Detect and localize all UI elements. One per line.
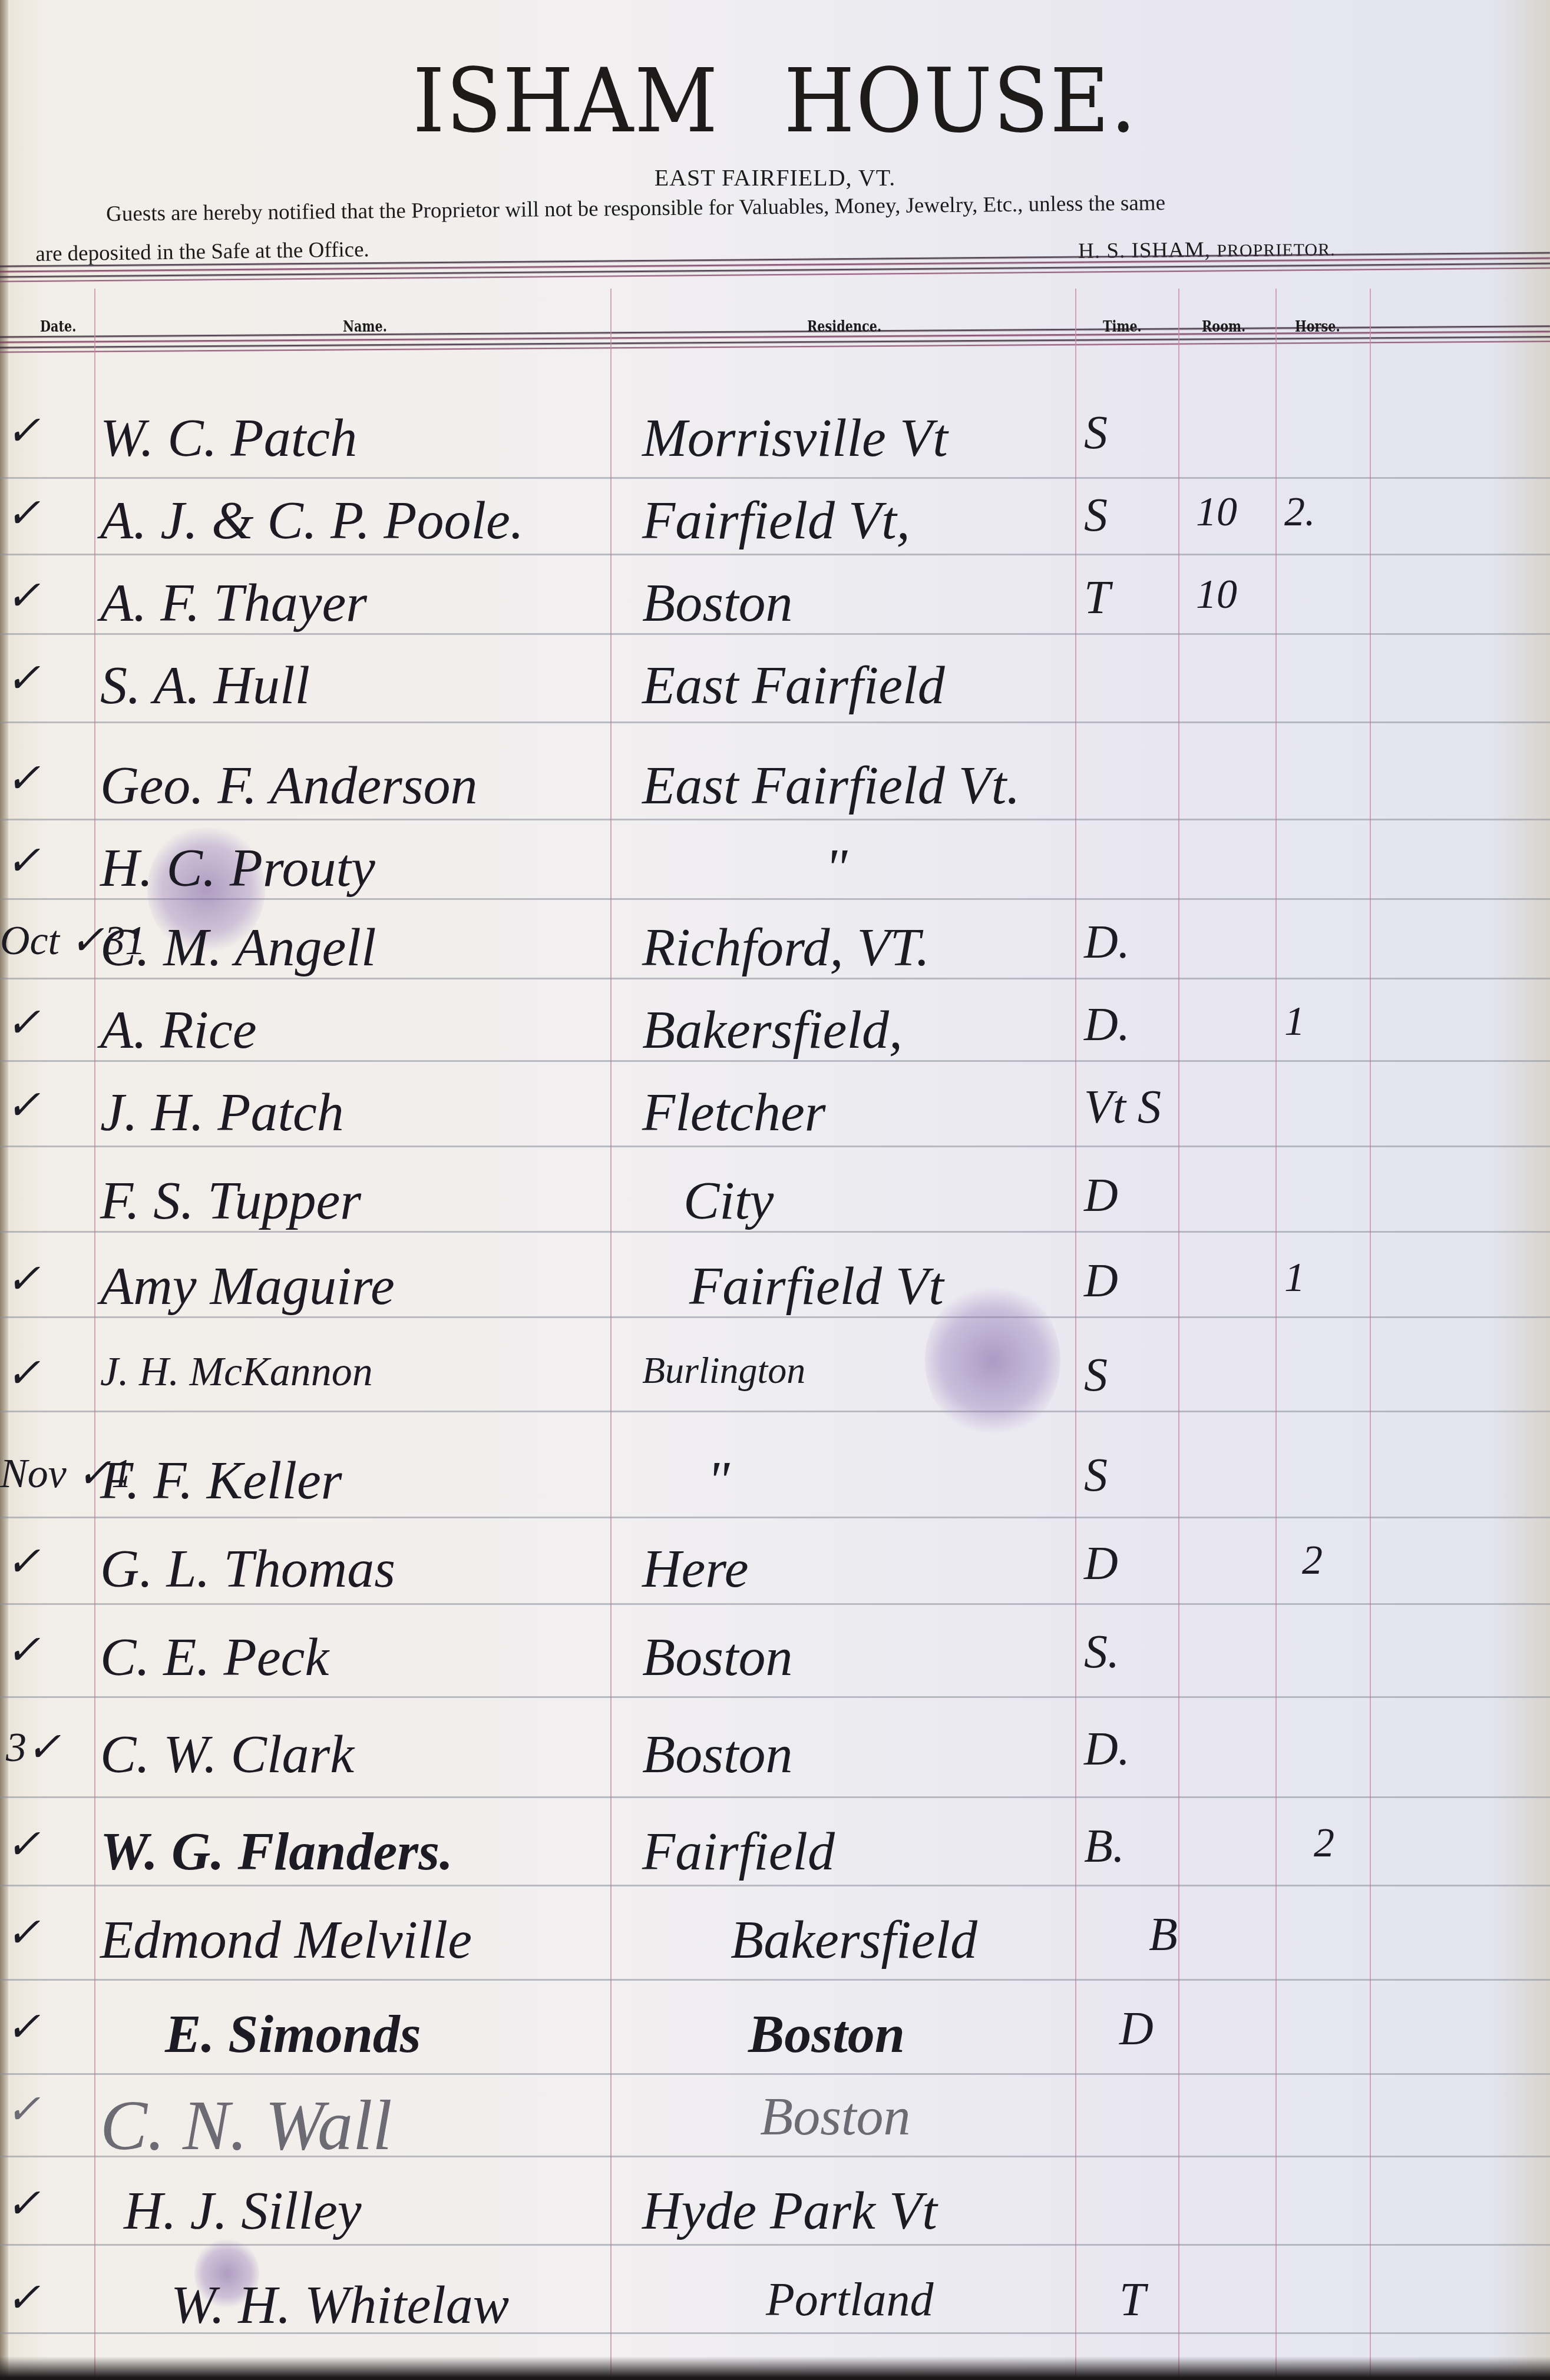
entry-date: ✓ [6,754,41,803]
entry-date: ✓ [6,1908,41,1957]
entry-residence: Burlington [642,1349,805,1392]
entry-time: T [1084,571,1111,625]
ruled-line [0,1517,1550,1518]
entry-name: Edmond Melville [100,1908,472,1971]
entry-date: ✓ [6,1820,41,1869]
entry-date: ✓ [6,1349,41,1398]
entry-time: B [1149,1908,1178,1962]
entry-time: D [1084,1537,1118,1591]
title-part2: HOUSE. [784,50,1137,153]
entry-residence: East Fairfield Vt. [642,754,1020,816]
title-part1: ISHAM [413,50,719,153]
entry-residence: Fairfield [642,1820,835,1882]
entry-horse: 2 [1302,1537,1323,1584]
column-divider-horse [1370,289,1371,2380]
column-divider-time [1178,289,1179,2380]
entry-time: S [1084,489,1108,542]
entry-room: 10 [1196,571,1237,618]
entry-residence: Morrisville Vt [642,406,948,469]
entry-room: 10 [1196,489,1237,536]
entry-name: A. J. & C. P. Poole. [100,489,524,551]
entry-name: W. G. Flanders. [100,1820,453,1882]
entry-residence: Here [642,1537,749,1600]
entry-horse: 1 [1284,998,1305,1045]
entry-date: ✓ [6,836,41,885]
entry-time: D. [1084,998,1130,1052]
entry-name: H. J. Silley [124,2179,362,2242]
ruled-line [0,1696,1550,1698]
entry-name: A. F. Thayer [100,571,367,634]
ruled-line [0,2073,1550,2075]
entry-residence: Richford, VT. [642,916,930,978]
column-header-room: Room. [1202,318,1245,336]
entry-date: ✓ [6,654,41,703]
entry-name: F. S. Tupper [100,1169,361,1232]
entry-time: S [1084,1349,1108,1402]
entry-date: ✓ [6,571,41,620]
entry-name: H. C. Prouty [100,836,375,899]
entry-date: ✓ [6,2273,41,2322]
column-divider-residence [1075,289,1076,2380]
entry-date: 3✓ [6,1723,61,1772]
ruled-line [0,1885,1550,1886]
entry-date: ✓ [6,1626,41,1674]
entry-residence: Hyde Park Vt [642,2179,937,2242]
entry-date: ✓ [6,1537,41,1586]
entry-date: ✓ [6,489,41,538]
ruled-line [0,1146,1550,1147]
ruled-line [0,1979,1550,1981]
column-header-date: Date. [40,318,77,336]
entry-name: C. N. Wall [100,2085,392,2166]
page-bottom-edge [0,2356,1550,2380]
entry-residence: Fairfield Vt, [642,489,910,551]
entry-residence: Boston [642,1723,793,1785]
entry-residence: " [825,836,848,899]
entry-horse: 1 [1284,1254,1305,1302]
column-header-time: Time. [1103,318,1142,336]
entry-name: C. M. Angell [100,916,376,978]
entry-date: ✓ [6,406,41,455]
location-subtitle: EAST FAIRFIELD, VT. [0,164,1550,191]
column-divider-name [610,289,612,2380]
entry-time: S. [1084,1626,1119,1679]
entry-time: D. [1084,916,1130,969]
entry-time: D [1084,1169,1118,1223]
entry-time: Vt S [1084,1081,1161,1134]
entry-name: J. H. McKannon [100,1349,373,1396]
column-header-name: Name. [343,318,387,336]
entry-time: D [1084,1254,1118,1308]
ruled-line [0,477,1550,479]
entry-residence: Portland [766,2273,933,2327]
entry-name: W. H. Whitelaw [171,2273,509,2336]
entry-time: S [1084,406,1108,460]
column-header-residence: Residence. [807,318,881,336]
entry-time: B. [1084,1820,1125,1873]
entry-residence: Bakersfield, [642,998,903,1061]
entry-time: D [1119,2002,1154,2056]
entry-name: F. F. Keller [100,1449,342,1511]
entry-residence: Boston [642,571,793,634]
entry-date: ✓ [6,1254,41,1303]
entry-name: C. E. Peck [100,1626,329,1688]
page-title: ISHAMHOUSE. [62,50,1488,153]
entry-name: C. W. Clark [100,1723,354,1785]
column-header-row: Date. Name. Residence. Time. Room. Horse… [0,306,1550,353]
column-divider-date [94,289,95,2380]
ink-stain [925,1284,1060,1437]
entry-residence: Boston [642,1626,793,1688]
entry-residence: Bakersfield [731,1908,977,1971]
entry-residence: Boston [760,2085,911,2147]
ruled-line [0,1603,1550,1605]
entry-residence: Boston [748,2002,905,2065]
entry-date: ✓ [6,2085,41,2134]
hotel-register-page: ISHAMHOUSE. EAST FAIRFIELD, VT. Guests a… [0,0,1550,2380]
entry-name: Amy Maguire [100,1254,395,1317]
entry-residence: " [707,1449,730,1511]
entry-residence: Fairfield Vt [689,1254,944,1317]
entry-residence: Fletcher [642,1081,826,1143]
column-header-horse: Horse. [1295,318,1340,336]
entry-horse: 2 [1314,1820,1334,1867]
entry-name: J. H. Patch [100,1081,344,1143]
entry-time: T [1119,2273,1146,2327]
entry-name: A. Rice [100,998,257,1061]
entry-name: E. Simonds [165,2002,421,2065]
ruled-line [0,554,1550,555]
ruled-line [0,1796,1550,1798]
entry-name: Geo. F. Anderson [100,754,478,816]
entry-date: ✓ [6,2179,41,2228]
ruled-line [0,721,1550,723]
entry-date: ✓ [6,998,41,1047]
ruled-line [0,1411,1550,1412]
column-divider-room [1275,289,1277,2380]
entry-time: D. [1084,1723,1130,1776]
entry-name: W. C. Patch [100,406,357,469]
notice-line-1: Guests are hereby notified that the Prop… [106,187,1520,227]
entry-name: S. A. Hull [100,654,310,716]
ruled-line [0,819,1550,820]
entry-date: ✓ [6,1081,41,1130]
entry-residence: East Fairfield [642,654,945,716]
entry-horse: 2. [1284,489,1316,536]
entry-time: S [1084,1449,1108,1502]
entry-name: G. L. Thomas [100,1537,395,1600]
entry-residence: City [683,1169,774,1232]
entry-date: ✓ [6,2002,41,2051]
